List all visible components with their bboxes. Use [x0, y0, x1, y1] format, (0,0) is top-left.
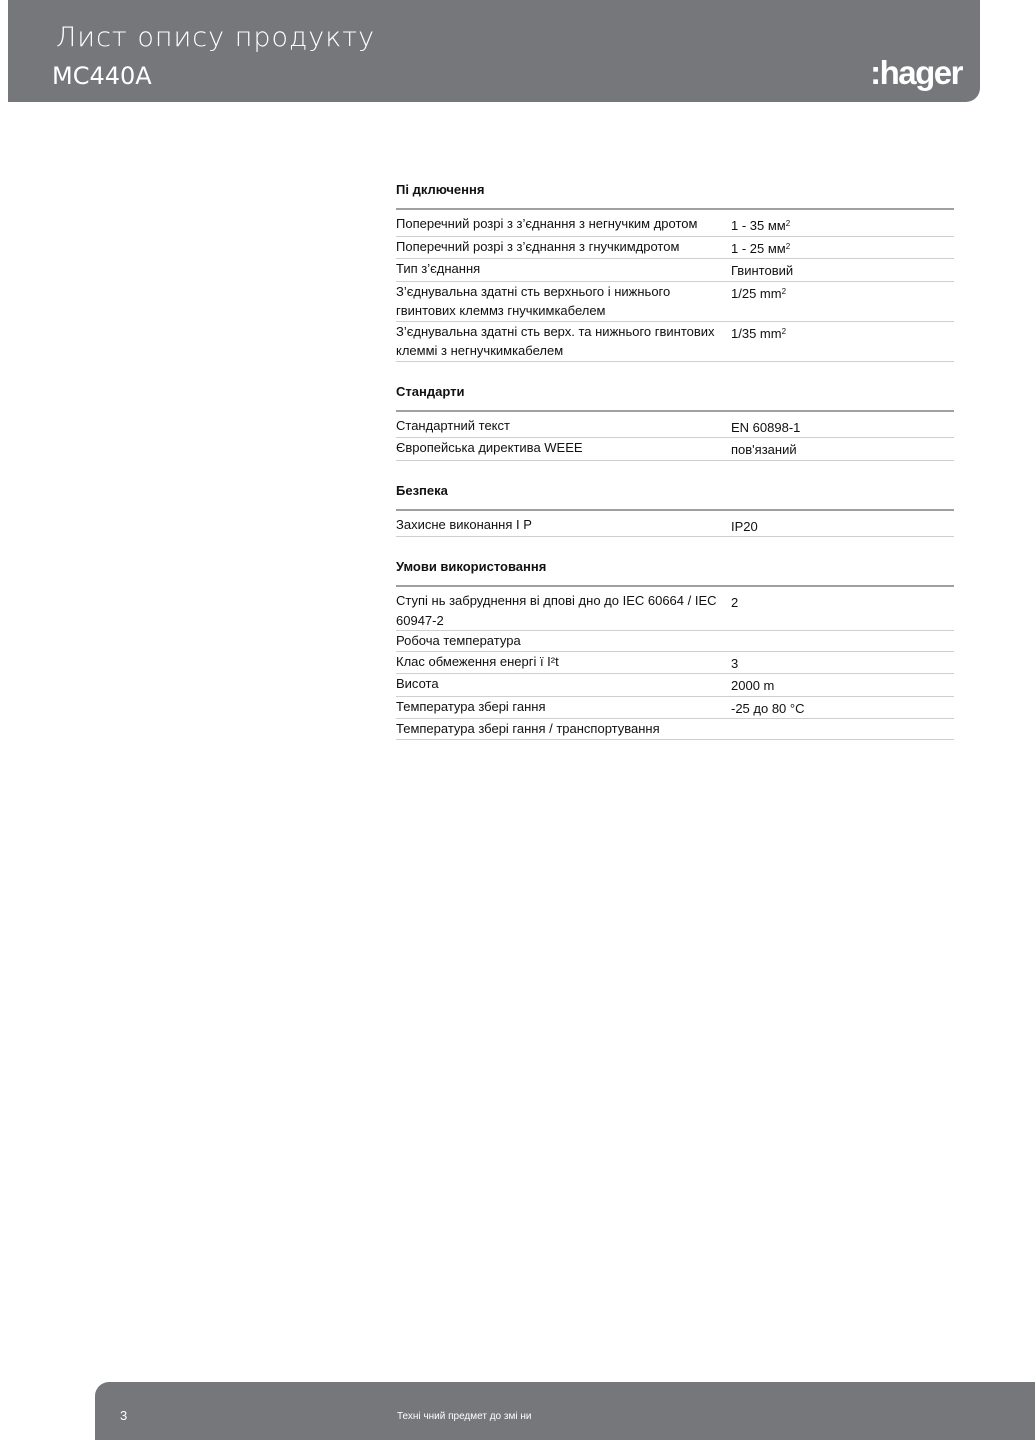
spec-value: 2000 m	[731, 674, 954, 696]
section-title: Умови використовання	[396, 557, 954, 587]
spec-label: Робоча температура	[396, 631, 731, 651]
spec-row: З’єднувальна здатні сть верхнього і нижн…	[396, 282, 954, 322]
spec-label: Поперечний розрі з з’єднання з гнучкимдр…	[396, 237, 731, 259]
spec-value: -25 до 80 °C	[731, 697, 954, 719]
spec-row: Тип з’єднанняГвинтовий	[396, 259, 954, 282]
spec-row: Температура зберi гання-25 до 80 °C	[396, 697, 954, 720]
spec-label: З’єднувальна здатні сть верхнього і нижн…	[396, 282, 731, 321]
spec-value-text: 3	[731, 656, 738, 671]
page-number: 3	[120, 1408, 127, 1423]
spec-section: Пі дключенняПоперечний розрі з з’єднання…	[396, 180, 954, 362]
spec-section: СтандартиСтандартний текстEN 60898-1Євро…	[396, 382, 954, 461]
spec-value: Гвинтовий	[731, 259, 954, 281]
spec-value-text: 1/25 mm	[731, 286, 782, 301]
product-model: MC440A	[52, 62, 152, 90]
hager-logo: :hager	[870, 54, 962, 92]
document-title: Лист опису продукту	[56, 22, 375, 53]
spec-value-superscript: 2	[786, 242, 790, 251]
spec-value-text: пов'язаний	[731, 442, 797, 457]
spec-label: Ступі нь забруднення ві дпові дно до IEC…	[396, 591, 731, 630]
spec-value-text: IP20	[731, 519, 758, 534]
spec-value: EN 60898-1	[731, 416, 954, 438]
page-header: Лист опису продукту MC440A :hager	[8, 0, 980, 102]
spec-label: Висота	[396, 674, 731, 696]
spec-value-superscript: 2	[786, 219, 790, 228]
spec-value: пов'язаний	[731, 438, 954, 460]
spec-row: Поперечний розрі з з’єднання з гнучкимдр…	[396, 237, 954, 260]
spec-label: Клас обмеження енергі ї I²t	[396, 652, 731, 674]
spec-value: 2	[731, 591, 954, 630]
spec-value-text: 2	[731, 595, 738, 610]
spec-row: Робоча температура	[396, 631, 954, 652]
spec-value-text: EN 60898-1	[731, 420, 800, 435]
spec-value: 1 - 35 мм2	[731, 214, 954, 236]
spec-value-text: 1 - 35 мм	[731, 218, 786, 233]
spec-section: Умови використованняСтупі нь забруднення…	[396, 557, 954, 740]
spec-label: Захисне виконання I P	[396, 515, 731, 537]
section-title: Стандарти	[396, 382, 954, 412]
spec-value: 1 - 25 мм2	[731, 237, 954, 259]
spec-row: Поперечний розрі з з’єднання з негнучким…	[396, 214, 954, 237]
section-title: Пі дключення	[396, 180, 954, 210]
spec-value-text: 1/35 mm	[731, 326, 782, 341]
spec-row: Захисне виконання I PIP20	[396, 515, 954, 538]
page-footer: 3 Техні чний предмет до змі ни	[95, 1382, 1035, 1440]
spec-value-text: 2000 m	[731, 678, 774, 693]
spec-row: Ступі нь забруднення ві дпові дно до IEC…	[396, 591, 954, 631]
spec-label: Температура зберi гання	[396, 697, 731, 719]
spec-section: БезпекаЗахисне виконання I PIP20	[396, 481, 954, 538]
spec-value-superscript: 2	[782, 327, 786, 336]
spec-label: Тип з’єднання	[396, 259, 731, 281]
spec-value	[731, 719, 954, 739]
spec-row: З’єднувальна здатні сть верх. та нижньог…	[396, 322, 954, 362]
spec-label: Європейська директива WEEE	[396, 438, 731, 460]
spec-value-text: 1 - 25 мм	[731, 241, 786, 256]
spec-label: Температура зберi гання / транспортуванн…	[396, 719, 731, 739]
spec-value-text: Гвинтовий	[731, 263, 793, 278]
spec-value	[731, 631, 954, 651]
spec-value: 1/25 mm2	[731, 282, 954, 321]
spec-value-superscript: 2	[782, 287, 786, 296]
spec-value: 3	[731, 652, 954, 674]
spec-content: Пі дключенняПоперечний розрі з з’єднання…	[396, 180, 954, 740]
spec-row: Висота2000 m	[396, 674, 954, 697]
section-title: Безпека	[396, 481, 954, 511]
spec-row: Клас обмеження енергі ї I²t3	[396, 652, 954, 675]
spec-row: Європейська директива WEEEпов'язаний	[396, 438, 954, 461]
spec-row: Стандартний текстEN 60898-1	[396, 416, 954, 439]
spec-label: Стандартний текст	[396, 416, 731, 438]
spec-label: З’єднувальна здатні сть верх. та нижньог…	[396, 322, 731, 361]
spec-value: IP20	[731, 515, 954, 537]
spec-value: 1/35 mm2	[731, 322, 954, 361]
spec-value-text: -25 до 80 °C	[731, 701, 805, 716]
spec-row: Температура зберi гання / транспортуванн…	[396, 719, 954, 740]
spec-label: Поперечний розрі з з’єднання з негнучким…	[396, 214, 731, 236]
footer-note: Техні чний предмет до змі ни	[397, 1411, 531, 1422]
